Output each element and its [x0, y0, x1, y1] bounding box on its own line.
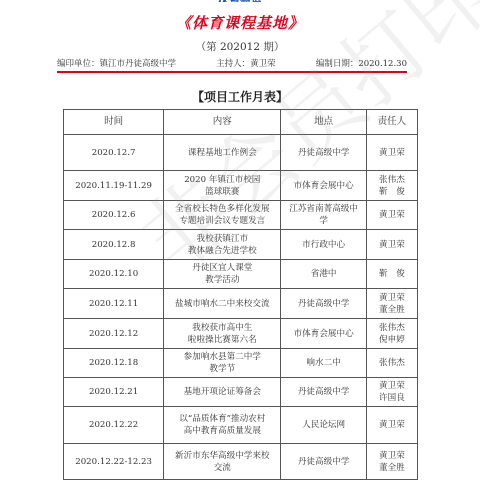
cell-time: 2020.12.7 — [64, 135, 164, 171]
table-row: 2020.12.18参加响水县第二中学 教学节响水二中张伟杰 — [64, 349, 418, 378]
cell-place: 江苏省南菁高级中 学 — [281, 201, 366, 230]
cell-place: 响水二中 — [281, 349, 366, 378]
cell-content: 参加响水县第二中学 教学节 — [164, 349, 281, 378]
issue-number: （第 202012 期） — [0, 39, 480, 54]
cell-person: 黄卫荣 董全胜 — [366, 444, 417, 480]
cell-time: 2020.11.19-11.29 — [64, 171, 164, 201]
col-header-content: 内容 — [164, 110, 281, 135]
table-row: 2020.12.21基地开项论证筹备会丹徒高级中学黄卫荣 许国良 — [64, 378, 418, 407]
host: 主持人：黄卫荣 — [216, 57, 276, 69]
table-row: 2020.11.19-11.292020 年镇江市校园 篮球联赛市体育会展中心张… — [64, 171, 418, 201]
cell-time: 2020.12.11 — [64, 289, 164, 319]
cell-time: 2020.12.6 — [64, 201, 164, 230]
table-row: 2020.12.8我校获镇江市 教体融合先进学校市行政中心黄卫荣 — [64, 230, 418, 260]
cell-time: 2020.12.18 — [64, 349, 164, 378]
cell-content: 全省校长特色多样化发展 专题培训会议专题发言 — [164, 201, 281, 230]
table-row: 2020.12.6全省校长特色多样化发展 专题培训会议专题发言江苏省南菁高级中 … — [64, 201, 418, 230]
cell-place: 丹徒高级中学 — [281, 378, 366, 407]
col-header-place: 地点 — [281, 110, 366, 135]
cell-person: 黄卫荣 许国良 — [366, 378, 417, 407]
top-cut-heading: 体育简报 — [0, 0, 480, 2]
cell-person: 黄卫荣 — [366, 407, 417, 444]
cell-time: 2020.12.22-12.23 — [64, 444, 164, 480]
cell-place: 丹徒高级中学 — [281, 289, 366, 319]
cell-place: 市体育会展中心 — [281, 319, 366, 349]
cell-time: 2020.12.21 — [64, 378, 164, 407]
cell-content: 基地开项论证筹备会 — [164, 378, 281, 407]
cell-place: 丹徒高级中学 — [281, 135, 366, 171]
table-row: 2020.12.22-12.23新沂市东华高级中学来校 交流丹徒高级中学黄卫荣 … — [64, 444, 418, 480]
meta-line: 编印单位：镇江市丹徒高级中学 主持人：黄卫荣 编制日期：2020.12.30 — [57, 57, 407, 69]
cell-content: 盐城市响水二中来校交流 — [164, 289, 281, 319]
cell-time: 2020.12.22 — [64, 407, 164, 444]
cell-content: 课程基地工作例会 — [164, 135, 281, 171]
cell-time: 2020.12.10 — [64, 260, 164, 289]
table-title: 【项目工作月表】 — [0, 88, 480, 105]
table-row: 2020.12.22以“品质体育”推动农村 高中教育高质量发展人民论坛网黄卫荣 — [64, 407, 418, 444]
table-header-row: 时间 内容 地点 责任人 — [64, 110, 418, 135]
cell-person: 黄卫荣 — [366, 135, 417, 171]
cell-time: 2020.12.12 — [64, 319, 164, 349]
cell-place: 人民论坛网 — [281, 407, 366, 444]
work-schedule-table: 时间 内容 地点 责任人 2020.12.7课程基地工作例会丹徒高级中学黄卫荣2… — [63, 109, 418, 480]
cell-person: 张伟杰 — [366, 349, 417, 378]
table-row: 2020.12.12我校获市高中生 啦啦操比赛第六名市体育会展中心张伟杰 倪申婷 — [64, 319, 418, 349]
cell-content: 我校获市高中生 啦啦操比赛第六名 — [164, 319, 281, 349]
red-divider — [57, 71, 407, 73]
col-header-time: 时间 — [64, 110, 164, 135]
cell-person: 张伟杰 靳 俊 — [366, 171, 417, 201]
cell-person: 张伟杰 倪申婷 — [366, 319, 417, 349]
table-row: 2020.12.10丹徒区宜人课堂 教学活动省港中靳 俊 — [64, 260, 418, 289]
compile-date: 编制日期：2020.12.30 — [316, 57, 407, 69]
newsletter-title: 《体育课程基地》 — [0, 12, 480, 33]
cell-content: 我校获镇江市 教体融合先进学校 — [164, 230, 281, 260]
editor-unit: 编印单位：镇江市丹徒高级中学 — [57, 57, 176, 69]
table-row: 2020.12.7课程基地工作例会丹徒高级中学黄卫荣 — [64, 135, 418, 171]
cell-person: 靳 俊 — [366, 260, 417, 289]
cell-content: 新沂市东华高级中学来校 交流 — [164, 444, 281, 480]
cell-content: 丹徒区宜人课堂 教学活动 — [164, 260, 281, 289]
cell-time: 2020.12.8 — [64, 230, 164, 260]
cell-place: 市体育会展中心 — [281, 171, 366, 201]
cell-content: 以“品质体育”推动农村 高中教育高质量发展 — [164, 407, 281, 444]
cell-person: 黄卫荣 董全胜 — [366, 289, 417, 319]
cell-place: 丹徒高级中学 — [281, 444, 366, 480]
cell-place: 省港中 — [281, 260, 366, 289]
cell-person: 黄卫荣 — [366, 201, 417, 230]
col-header-person: 责任人 — [366, 110, 417, 135]
table-row: 2020.12.11盐城市响水二中来校交流丹徒高级中学黄卫荣 董全胜 — [64, 289, 418, 319]
cell-person: 黄卫荣 — [366, 230, 417, 260]
cell-content: 2020 年镇江市校园 篮球联赛 — [164, 171, 281, 201]
cell-place: 市行政中心 — [281, 230, 366, 260]
